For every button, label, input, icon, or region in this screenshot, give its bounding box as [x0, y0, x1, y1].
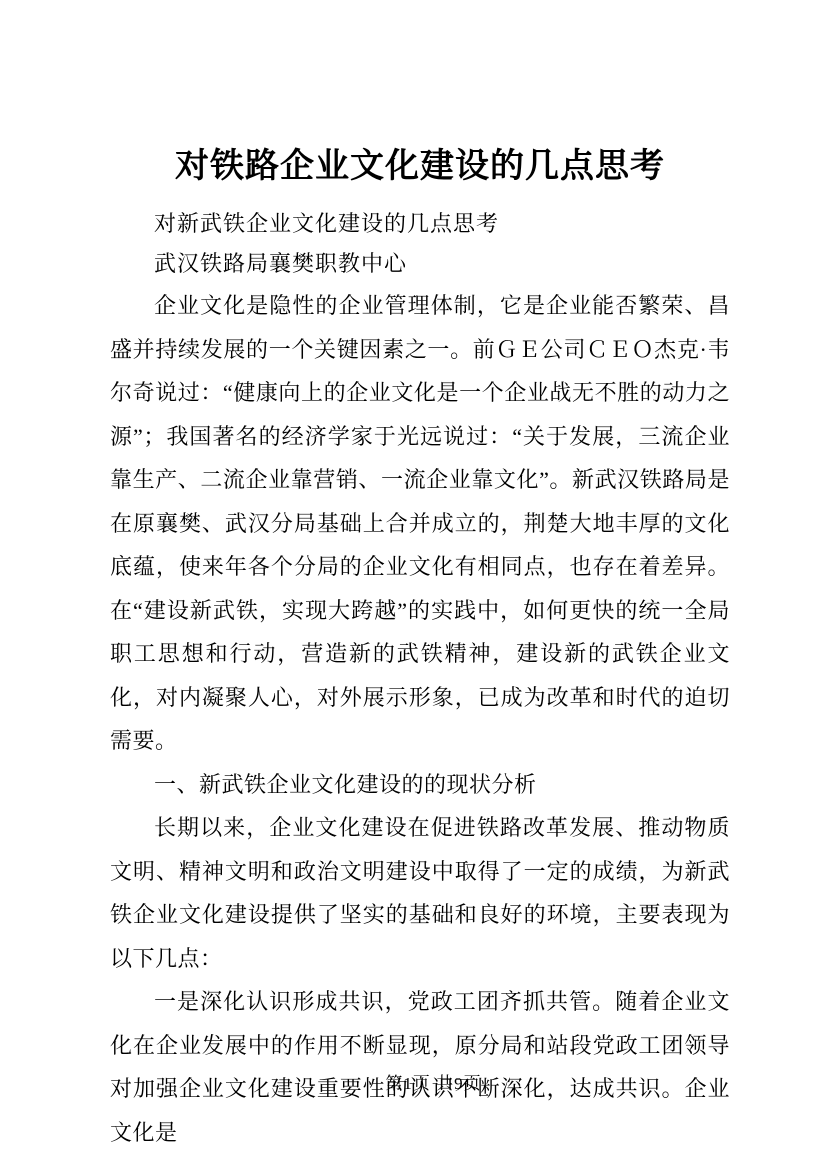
paragraph-status-overview: 长期以来，企业文化建设在促进铁路改革发展、推动物质文明、精神文明和政治文明建设中… [110, 806, 730, 980]
section-heading-1: 一、新武铁企业文化建设的的现状分析 [110, 763, 730, 807]
paragraph-intro: 企业文化是隐性的企业管理体制，它是企业能否繁荣、昌盛并持续发展的一个关键因素之一… [110, 284, 730, 763]
document-page: 对铁路企业文化建设的几点思考 对新武铁企业文化建设的几点思考 武汉铁路局襄樊职教… [0, 0, 827, 1170]
document-content: 对铁路企业文化建设的几点思考 对新武铁企业文化建设的几点思考 武汉铁路局襄樊职教… [110, 144, 730, 1154]
subtitle-line: 对新武铁企业文化建设的几点思考 [110, 204, 730, 244]
document-title: 对铁路企业文化建设的几点思考 [110, 144, 730, 190]
page-number-footer: 第1页 共9页 [0, 1073, 827, 1095]
author-line: 武汉铁路局襄樊职教中心 [110, 244, 730, 284]
paragraph-point-one: 一是深化认识形成共识，党政工团齐抓共管。随着企业文化在企业发展中的作用不断显现，… [110, 980, 730, 1154]
